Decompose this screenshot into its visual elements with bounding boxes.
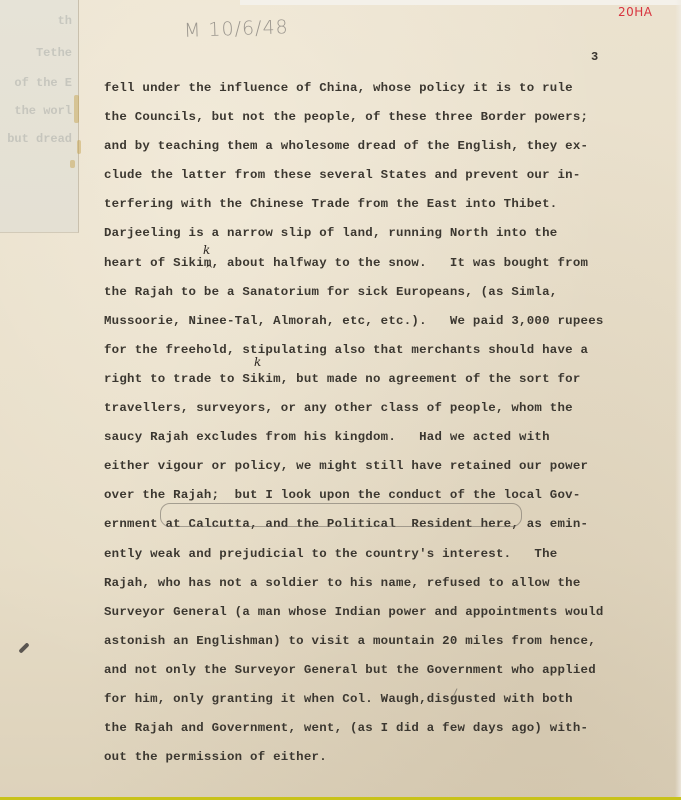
- text-line: for the freehold, stipulating also that …: [104, 340, 664, 369]
- text-line: astonish an Englishman) to visit a mount…: [104, 631, 664, 660]
- ghost-text: th: [58, 14, 72, 28]
- text-line: out the permission of either.: [104, 747, 664, 776]
- text-line: travellers, surveyors, or any other clas…: [104, 398, 664, 427]
- text-line: Mussoorie, Ninee-Tal, Almorah, etc, etc.…: [104, 311, 664, 340]
- text-line: either vigour or policy, we might still …: [104, 456, 664, 485]
- ghost-text: Tethe: [36, 46, 72, 60]
- ghost-text: the worl: [14, 104, 72, 118]
- text-line: clude the latter from these several Stat…: [104, 165, 664, 194]
- text-line: terfering with the Chinese Trade from th…: [104, 194, 664, 223]
- text-line: Darjeeling is a narrow slip of land, run…: [104, 223, 664, 252]
- text-line: for him, only granting it when Col. Waug…: [104, 689, 664, 718]
- foxing-stain: [70, 160, 75, 168]
- page-top-gap: [240, 0, 681, 5]
- text-line: Rajah, who has not a soldier to his name…: [104, 573, 664, 602]
- pencil-date-annotation: M 10/6/48: [184, 16, 289, 42]
- folio-mark: 20HA: [618, 5, 653, 19]
- text-line: heart of Sikim, about halfway to the sno…: [104, 253, 664, 282]
- insertion-mark-k: k: [203, 243, 210, 257]
- text-line: Surveyor General (a man whose Indian pow…: [104, 602, 664, 631]
- underlying-sheet: th Tethe of the E the worl but dread: [0, 0, 79, 233]
- foxing-stain: [74, 95, 79, 123]
- text-line: ently weak and prejudicial to the countr…: [104, 544, 664, 573]
- insertion-mark-k: k: [254, 355, 261, 369]
- caret-icon: ^: [205, 264, 213, 275]
- foxing-stain: [77, 140, 81, 154]
- letter-body: fell under the influence of China, whose…: [104, 78, 664, 776]
- text-line: right to trade to Sikim, but made no agr…: [104, 369, 664, 398]
- page-right-edge: [675, 0, 681, 800]
- ghost-text: but dread: [7, 132, 72, 146]
- text-line: the Rajah to be a Sanatorium for sick Eu…: [104, 282, 664, 311]
- text-line: the Rajah and Government, went, (as I di…: [104, 718, 664, 747]
- text-line: fell under the influence of China, whose…: [104, 78, 664, 107]
- page-number: 3: [591, 50, 598, 64]
- text-line: and by teaching them a wholesome dread o…: [104, 136, 664, 165]
- ink-stroke-mark: [18, 642, 29, 653]
- ghost-text: of the E: [14, 76, 72, 90]
- pencil-bracket-annotation: [160, 503, 522, 527]
- text-line: the Councils, but not the people, of the…: [104, 107, 664, 136]
- document-page: th Tethe of the E the worl but dread M 1…: [0, 0, 681, 800]
- text-line: and not only the Surveyor General but th…: [104, 660, 664, 689]
- text-line: saucy Rajah excludes from his kingdom. H…: [104, 427, 664, 456]
